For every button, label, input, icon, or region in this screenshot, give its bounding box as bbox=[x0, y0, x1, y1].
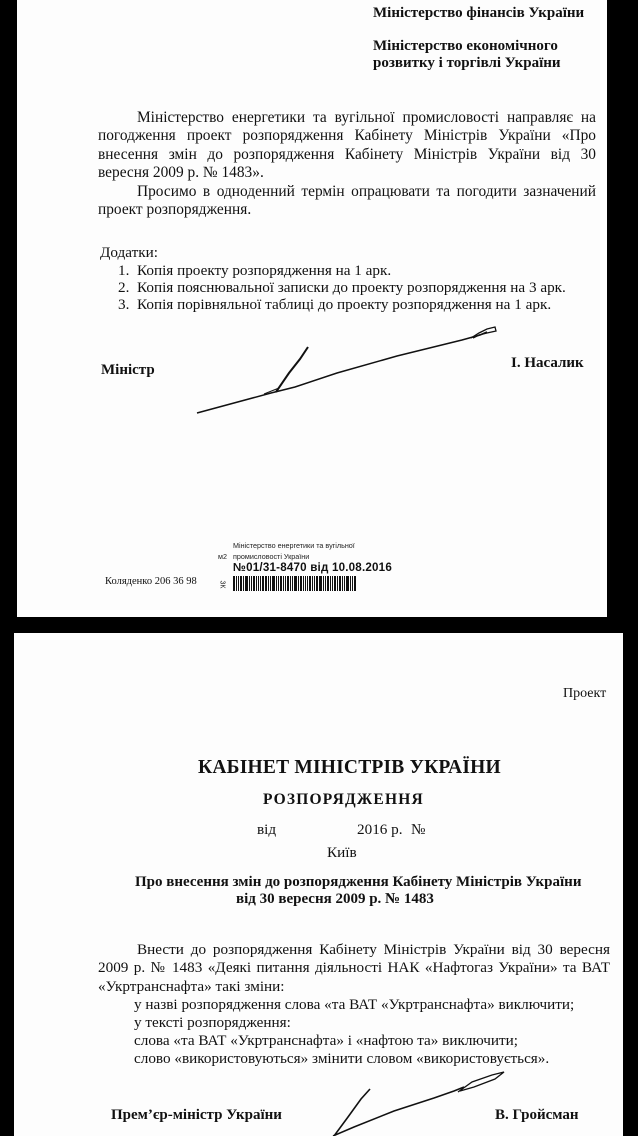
stamp-registration-number: №01/31-8470 від 10.08.2016 bbox=[233, 561, 392, 574]
stamp-org-line1: Міністерство енергетики та вугільної bbox=[233, 541, 355, 550]
executor-contact: Коляденко 206 36 98 bbox=[105, 576, 197, 587]
stamp-org-line2: промисловості України bbox=[233, 552, 309, 561]
signature-nasalyk-icon bbox=[17, 0, 607, 617]
barcode-icon bbox=[233, 576, 357, 591]
stamp-prefix: м2 bbox=[218, 552, 227, 561]
draft-order-page: Проект КАБІНЕТ МІНІСТРІВ УКРАЇНИ РОЗПОРЯ… bbox=[14, 633, 623, 1136]
signature-groysman-icon bbox=[14, 633, 623, 1136]
cover-letter-page: Міністерство фінансів України Міністерст… bbox=[17, 0, 607, 617]
stamp-side-mark: 3К bbox=[217, 581, 226, 589]
